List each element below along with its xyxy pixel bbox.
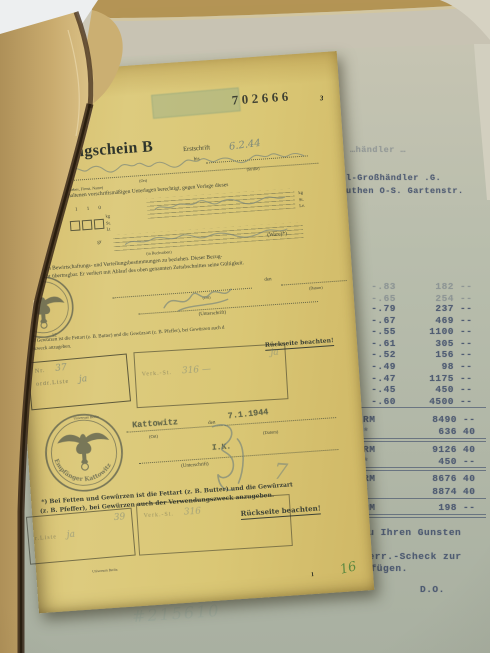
photo-of-document: …händler … l-Großhändler .G. uthen O-S. … <box>0 0 490 653</box>
book-binding-edge <box>0 0 490 653</box>
